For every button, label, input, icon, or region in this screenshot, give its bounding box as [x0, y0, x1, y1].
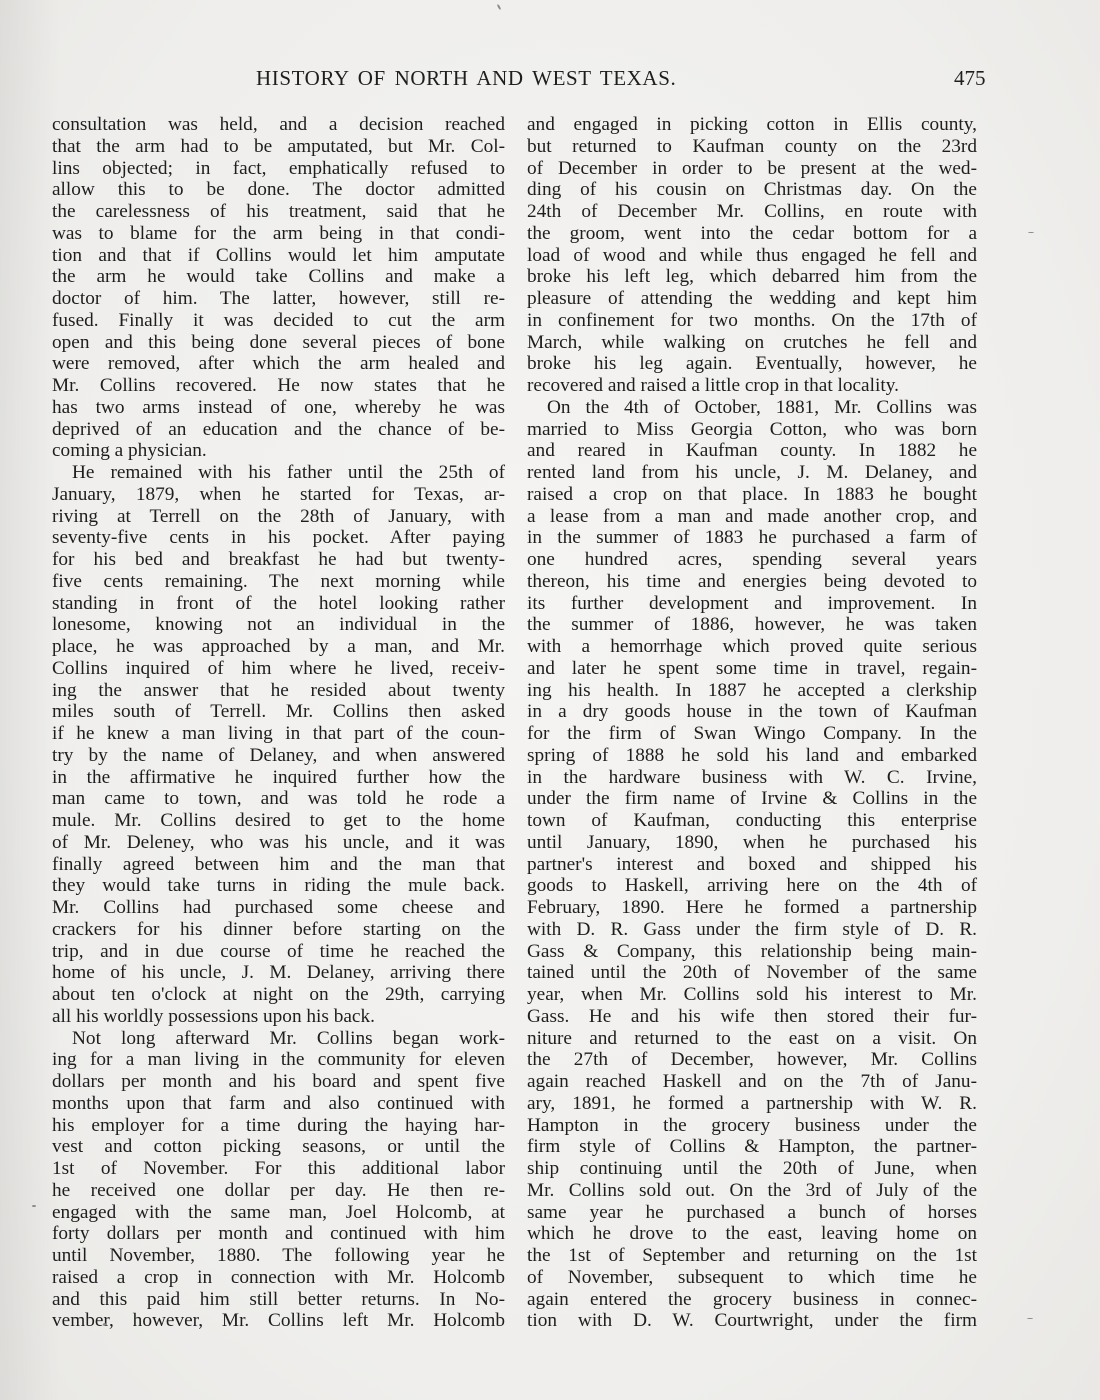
- text-line-content: for the firm of Swan Wingo Company. In t…: [527, 723, 977, 745]
- text-line: under the firm name of Irvine & Collins …: [527, 788, 977, 810]
- text-line-content: lins objected; in fact, emphatically ref…: [52, 158, 505, 180]
- text-line-content: engaged with the same man, Joel Holcomb,…: [52, 1202, 505, 1224]
- text-line-content: were removed, after which the arm healed…: [52, 353, 505, 375]
- text-line-content: in the summer of 1883 he purchased a far…: [527, 527, 977, 549]
- text-line: partner's interest and boxed and shipped…: [527, 854, 977, 876]
- text-line: and later he spent some time in travel, …: [527, 658, 977, 680]
- text-line-content: in a dry goods house in the town of Kauf…: [527, 701, 977, 723]
- text-line: 1st of November. For this additional lab…: [52, 1158, 505, 1180]
- text-line-content: all his worldly possessions upon his bac…: [52, 1006, 505, 1028]
- text-line-content: niture and returned to the east on a vis…: [527, 1028, 977, 1050]
- text-line-content: and reared in Kaufman county. In 1882 he: [527, 440, 977, 462]
- text-line: in confinement for two months. On the 17…: [527, 310, 977, 332]
- text-line-content: the arm he would take Collins and make a: [52, 266, 505, 288]
- text-line: in the summer of 1883 he purchased a far…: [527, 527, 977, 549]
- text-line-content: spring of 1888 he sold his land and emba…: [527, 745, 977, 767]
- text-line-content: load of wood and while thus engaged he f…: [527, 245, 977, 267]
- text-line-content: until November, 1880. The following year…: [52, 1245, 505, 1267]
- text-line-content: vember, however, Mr. Collins left Mr. Ho…: [52, 1310, 505, 1332]
- text-line: He remained with his father until the 25…: [52, 462, 505, 484]
- text-line: Hampton in the grocery business under th…: [527, 1115, 977, 1137]
- text-line-content: town of Kaufman, conducting this enterpr…: [527, 810, 977, 832]
- right-column: and engaged in picking cotton in Ellis c…: [527, 114, 977, 1332]
- text-line: ary, 1891, he formed a partnership with …: [527, 1093, 977, 1115]
- text-line-content: about ten o'clock at night on the 29th, …: [52, 984, 505, 1006]
- text-line: raised a crop in connection with Mr. Hol…: [52, 1267, 505, 1289]
- text-line: again entered the grocery business in co…: [527, 1289, 977, 1311]
- text-line: recovered and raised a little crop in th…: [527, 375, 977, 397]
- text-line-content: was to blame for the arm being in that c…: [52, 223, 505, 245]
- text-line: of November, subsequent to which time he: [527, 1267, 977, 1289]
- text-line: March, while walking on crutches he fell…: [527, 332, 977, 354]
- text-line: January, 1879, when he started for Texas…: [52, 484, 505, 506]
- text-line: again reached Haskell and on the 7th of …: [527, 1071, 977, 1093]
- text-line-content: in confinement for two months. On the 17…: [527, 310, 977, 332]
- text-line-content: married to Miss Georgia Cotton, who was …: [527, 419, 977, 441]
- text-line-content: tained until the 20th of November of the…: [527, 962, 977, 984]
- text-line: vember, however, Mr. Collins left Mr. Ho…: [52, 1310, 505, 1332]
- text-line-content: thereon, his time and energies being dev…: [527, 571, 977, 593]
- text-line: lonesome, knowing not an individual in t…: [52, 614, 505, 636]
- text-line: tion and that if Collins would let him a…: [52, 245, 505, 267]
- scan-speck: [1027, 1318, 1033, 1319]
- text-line-content: try by the name of Delaney, and when ans…: [52, 745, 505, 767]
- text-line: fused. Finally it was decided to cut the…: [52, 310, 505, 332]
- text-line-content: Mr. Collins sold out. On the 3rd of July…: [527, 1180, 977, 1202]
- text-line: doctor of him. The latter, however, stil…: [52, 288, 505, 310]
- text-line: standing in front of the hotel looking r…: [52, 593, 505, 615]
- text-line-content: place, he was approached by a man, and M…: [52, 636, 505, 658]
- text-line-content: with D. R. Gass under the firm style of …: [527, 919, 977, 941]
- text-line: that the arm had to be amputated, but Mr…: [52, 136, 505, 158]
- text-line: ding of his cousin on Christmas day. On …: [527, 179, 977, 201]
- text-line: about ten o'clock at night on the 29th, …: [52, 984, 505, 1006]
- text-line: until November, 1880. The following year…: [52, 1245, 505, 1267]
- page-number: 475: [954, 66, 986, 91]
- text-line: one hundred acres, spending several year…: [527, 549, 977, 571]
- text-line-content: in the affirmative he inquired further h…: [52, 767, 505, 789]
- text-line: ing his health. In 1887 he accepted a cl…: [527, 680, 977, 702]
- text-line-content: riving at Terrell on the 28th of January…: [52, 506, 505, 528]
- text-line: until January, 1890, when he purchased h…: [527, 832, 977, 854]
- scan-speck: [497, 4, 502, 10]
- text-line: Gass & Company, this relationship being …: [527, 941, 977, 963]
- text-line-content: Collins inquired of him where he lived, …: [52, 658, 505, 680]
- text-line-content: its further development and improvement.…: [527, 593, 977, 615]
- text-line: town of Kaufman, conducting this enterpr…: [527, 810, 977, 832]
- text-line-content: of Mr. Deleney, who was his uncle, and i…: [52, 832, 505, 854]
- text-line-content: five cents remaining. The next morning w…: [52, 571, 505, 593]
- text-line-content: the 27th of December, however, Mr. Colli…: [527, 1049, 977, 1071]
- text-line-content: mule. Mr. Collins desired to get to the …: [52, 810, 505, 832]
- text-line-content: the groom, went into the cedar bottom fo…: [527, 223, 977, 245]
- text-line: tion with D. W. Courtwright, under the f…: [527, 1310, 977, 1332]
- text-line-content: the 1st of September and returning on th…: [527, 1245, 977, 1267]
- text-line-content: forty dollars per month and continued wi…: [52, 1223, 505, 1245]
- text-line-content: lonesome, knowing not an individual in t…: [52, 614, 505, 636]
- text-line-content: Gass & Company, this relationship being …: [527, 941, 977, 963]
- text-line: five cents remaining. The next morning w…: [52, 571, 505, 593]
- text-line-content: dollars per month and his board and spen…: [52, 1071, 505, 1093]
- text-line-content: broke his left leg, which debarred him f…: [527, 266, 977, 288]
- text-line: ing the answer that he resided about twe…: [52, 680, 505, 702]
- text-line-content: has two arms instead of one, whereby he …: [52, 397, 505, 419]
- text-line-content: vest and cotton picking seasons, or unti…: [52, 1136, 505, 1158]
- text-line: months upon that farm and also continued…: [52, 1093, 505, 1115]
- text-line-content: 1st of November. For this additional lab…: [52, 1158, 505, 1180]
- text-line: spring of 1888 he sold his land and emba…: [527, 745, 977, 767]
- text-line-content: until January, 1890, when he purchased h…: [527, 832, 977, 854]
- text-line-content: he received one dollar per day. He then …: [52, 1180, 505, 1202]
- text-line: they would take turns in riding the mule…: [52, 875, 505, 897]
- text-line: he received one dollar per day. He then …: [52, 1180, 505, 1202]
- text-line: broke his left leg, which debarred him f…: [527, 266, 977, 288]
- text-line: with a hemorrhage which proved quite ser…: [527, 636, 977, 658]
- text-line-content: which he drove to the east, leaving home…: [527, 1223, 977, 1245]
- text-line-content: they would take turns in riding the mule…: [52, 875, 505, 897]
- text-line-content: ing his health. In 1887 he accepted a cl…: [527, 680, 977, 702]
- text-line-content: recovered and raised a little crop in th…: [527, 375, 977, 397]
- text-line: deprived of an education and the chance …: [52, 419, 505, 441]
- text-line: but returned to Kaufman county on the 23…: [527, 136, 977, 158]
- text-line-content: and later he spent some time in travel, …: [527, 658, 977, 680]
- text-line-content: fused. Finally it was decided to cut the…: [52, 310, 505, 332]
- text-line-content: his employer for a time during the hayin…: [52, 1115, 505, 1137]
- text-line: forty dollars per month and continued wi…: [52, 1223, 505, 1245]
- text-line-content: January, 1879, when he started for Texas…: [52, 484, 505, 506]
- text-line: allow this to be done. The doctor admitt…: [52, 179, 505, 201]
- scan-speck: [1028, 232, 1034, 233]
- text-line: his employer for a time during the hayin…: [52, 1115, 505, 1137]
- text-line-content: broke his leg again. Eventually, however…: [527, 353, 977, 375]
- text-line-content: that the arm had to be amputated, but Mr…: [52, 136, 505, 158]
- text-line: February, 1890. Here he formed a partner…: [527, 897, 977, 919]
- text-line: rented land from his uncle, J. M. Delane…: [527, 462, 977, 484]
- text-line-content: miles south of Terrell. Mr. Collins then…: [52, 701, 505, 723]
- text-line: finally agreed between him and the man t…: [52, 854, 505, 876]
- text-line: its further development and improvement.…: [527, 593, 977, 615]
- text-line: the summer of 1886, however, he was take…: [527, 614, 977, 636]
- text-line: Mr. Collins recovered. He now states tha…: [52, 375, 505, 397]
- text-line: has two arms instead of one, whereby he …: [52, 397, 505, 419]
- text-line: all his worldly possessions upon his bac…: [52, 1006, 505, 1028]
- text-line: of Mr. Deleney, who was his uncle, and i…: [52, 832, 505, 854]
- scan-speck: [32, 1205, 36, 1207]
- text-line: open and this being done several pieces …: [52, 332, 505, 354]
- text-line: the carelessness of his treatment, said …: [52, 201, 505, 223]
- text-line-content: Mr. Collins recovered. He now states tha…: [52, 375, 505, 397]
- text-line: year, when Mr. Collins sold his interest…: [527, 984, 977, 1006]
- text-line: of December in order to be present at th…: [527, 158, 977, 180]
- text-line-content: and this paid him still better returns. …: [52, 1289, 505, 1311]
- running-head: HISTORY OF NORTH AND WEST TEXAS. 475: [0, 66, 1100, 96]
- text-line-content: same year he purchased a bunch of horses: [527, 1202, 977, 1224]
- text-line-content: open and this being done several pieces …: [52, 332, 505, 354]
- text-line: a lease from a man and made another crop…: [527, 506, 977, 528]
- text-line: pleasure of attending the wedding and ke…: [527, 288, 977, 310]
- text-line-content: consultation was held, and a decision re…: [52, 114, 505, 136]
- text-line-content: pleasure of attending the wedding and ke…: [527, 288, 977, 310]
- text-line-content: trip, and in due course of time he reach…: [52, 941, 505, 963]
- book-page: HISTORY OF NORTH AND WEST TEXAS. 475 con…: [0, 0, 1100, 1400]
- text-line-content: firm style of Collins & Hampton, the par…: [527, 1136, 977, 1158]
- text-line: if he knew a man living in that part of …: [52, 723, 505, 745]
- text-line-content: ary, 1891, he formed a partnership with …: [527, 1093, 977, 1115]
- text-line: same year he purchased a bunch of horses: [527, 1202, 977, 1224]
- running-title: HISTORY OF NORTH AND WEST TEXAS.: [256, 66, 676, 91]
- text-line: goods to Haskell, arriving here on the 4…: [527, 875, 977, 897]
- text-line: were removed, after which the arm healed…: [52, 353, 505, 375]
- text-line-content: for his bed and breakfast he had but twe…: [52, 549, 505, 571]
- text-line-content: man came to town, and was told he rode a: [52, 788, 505, 810]
- text-line: the 27th of December, however, Mr. Colli…: [527, 1049, 977, 1071]
- text-line: the 1st of September and returning on th…: [527, 1245, 977, 1267]
- text-line-content: finally agreed between him and the man t…: [52, 854, 505, 876]
- text-line: in a dry goods house in the town of Kauf…: [527, 701, 977, 723]
- text-line: Collins inquired of him where he lived, …: [52, 658, 505, 680]
- text-line: ing for a man living in the community fo…: [52, 1049, 505, 1071]
- text-line: for his bed and breakfast he had but twe…: [52, 549, 505, 571]
- text-line-content: Hampton in the grocery business under th…: [527, 1115, 977, 1137]
- text-line: and reared in Kaufman county. In 1882 he: [527, 440, 977, 462]
- text-line: in the affirmative he inquired further h…: [52, 767, 505, 789]
- text-line-content: one hundred acres, spending several year…: [527, 549, 977, 571]
- text-line: which he drove to the east, leaving home…: [527, 1223, 977, 1245]
- text-line: crackers for his dinner before starting …: [52, 919, 505, 941]
- text-line-content: in the hardware business with W. C. Irvi…: [527, 767, 977, 789]
- text-line-content: rented land from his uncle, J. M. Delane…: [527, 462, 977, 484]
- text-line-content: February, 1890. Here he formed a partner…: [527, 897, 977, 919]
- text-line-content: deprived of an education and the chance …: [52, 419, 505, 441]
- scan-speck: [103, 1323, 106, 1326]
- text-line: ship continuing until the 20th of June, …: [527, 1158, 977, 1180]
- text-line-content: year, when Mr. Collins sold his interest…: [527, 984, 977, 1006]
- text-line: Mr. Collins had purchased some cheese an…: [52, 897, 505, 919]
- text-line: home of his uncle, J. M. Delaney, arrivi…: [52, 962, 505, 984]
- text-line-content: again reached Haskell and on the 7th of …: [527, 1071, 977, 1093]
- text-line: riving at Terrell on the 28th of January…: [52, 506, 505, 528]
- text-line-content: raised a crop in connection with Mr. Hol…: [52, 1267, 505, 1289]
- text-line: engaged with the same man, Joel Holcomb,…: [52, 1202, 505, 1224]
- text-line-content: and engaged in picking cotton in Ellis c…: [527, 114, 977, 136]
- text-line-content: 24th of December Mr. Collins, en route w…: [527, 201, 977, 223]
- text-line-content: March, while walking on crutches he fell…: [527, 332, 977, 354]
- text-line-content: partner's interest and boxed and shipped…: [527, 854, 977, 876]
- text-line: and this paid him still better returns. …: [52, 1289, 505, 1311]
- text-line: for the firm of Swan Wingo Company. In t…: [527, 723, 977, 745]
- text-line-content: of December in order to be present at th…: [527, 158, 977, 180]
- text-line-content: but returned to Kaufman county on the 23…: [527, 136, 977, 158]
- text-line: trip, and in due course of time he reach…: [52, 941, 505, 963]
- text-line-content: with a hemorrhage which proved quite ser…: [527, 636, 977, 658]
- text-line: lins objected; in fact, emphatically ref…: [52, 158, 505, 180]
- left-column: consultation was held, and a decision re…: [52, 114, 505, 1332]
- text-line: and engaged in picking cotton in Ellis c…: [527, 114, 977, 136]
- text-line: load of wood and while thus engaged he f…: [527, 245, 977, 267]
- page-edge-shadow: [0, 0, 60, 1400]
- text-line: raised a crop on that place. In 1883 he …: [527, 484, 977, 506]
- text-line-content: under the firm name of Irvine & Collins …: [527, 788, 977, 810]
- text-line-content: raised a crop on that place. In 1883 he …: [527, 484, 977, 506]
- text-line-content: On the 4th of October, 1881, Mr. Collins…: [547, 397, 977, 419]
- text-line: coming a physician.: [52, 440, 505, 462]
- text-line-content: ing for a man living in the community fo…: [52, 1049, 505, 1071]
- text-line: thereon, his time and energies being dev…: [527, 571, 977, 593]
- text-line-content: doctor of him. The latter, however, stil…: [52, 288, 505, 310]
- text-line: On the 4th of October, 1881, Mr. Collins…: [527, 397, 977, 419]
- text-line-content: tion with D. W. Courtwright, under the f…: [527, 1310, 977, 1332]
- text-line: seventy-five cents in his pocket. After …: [52, 527, 505, 549]
- text-line: 24th of December Mr. Collins, en route w…: [527, 201, 977, 223]
- text-line: dollars per month and his board and spen…: [52, 1071, 505, 1093]
- text-line-content: months upon that farm and also continued…: [52, 1093, 505, 1115]
- text-line: the arm he would take Collins and make a: [52, 266, 505, 288]
- text-line: in the hardware business with W. C. Irvi…: [527, 767, 977, 789]
- text-line-content: tion and that if Collins would let him a…: [52, 245, 505, 267]
- text-line: man came to town, and was told he rode a: [52, 788, 505, 810]
- text-line: broke his leg again. Eventually, however…: [527, 353, 977, 375]
- text-line: the groom, went into the cedar bottom fo…: [527, 223, 977, 245]
- text-line-content: allow this to be done. The doctor admitt…: [52, 179, 505, 201]
- text-line-content: of November, subsequent to which time he: [527, 1267, 977, 1289]
- text-line: Gass. He and his wife then stored their …: [527, 1006, 977, 1028]
- text-line: miles south of Terrell. Mr. Collins then…: [52, 701, 505, 723]
- text-line-content: again entered the grocery business in co…: [527, 1289, 977, 1311]
- text-line-content: Mr. Collins had purchased some cheese an…: [52, 897, 505, 919]
- text-line-content: He remained with his father until the 25…: [72, 462, 505, 484]
- text-line: firm style of Collins & Hampton, the par…: [527, 1136, 977, 1158]
- text-line: married to Miss Georgia Cotton, who was …: [527, 419, 977, 441]
- text-line-content: Gass. He and his wife then stored their …: [527, 1006, 977, 1028]
- text-line-content: coming a physician.: [52, 440, 505, 462]
- text-line-content: Not long afterward Mr. Collins began wor…: [72, 1028, 505, 1050]
- text-line: niture and returned to the east on a vis…: [527, 1028, 977, 1050]
- text-line: tained until the 20th of November of the…: [527, 962, 977, 984]
- text-line: Not long afterward Mr. Collins began wor…: [52, 1028, 505, 1050]
- text-line-content: ship continuing until the 20th of June, …: [527, 1158, 977, 1180]
- text-line-content: seventy-five cents in his pocket. After …: [52, 527, 505, 549]
- text-line-content: a lease from a man and made another crop…: [527, 506, 977, 528]
- text-line-content: ding of his cousin on Christmas day. On …: [527, 179, 977, 201]
- text-line-content: ing the answer that he resided about twe…: [52, 680, 505, 702]
- text-line-content: the carelessness of his treatment, said …: [52, 201, 505, 223]
- text-line: consultation was held, and a decision re…: [52, 114, 505, 136]
- text-line: vest and cotton picking seasons, or unti…: [52, 1136, 505, 1158]
- text-line-content: standing in front of the hotel looking r…: [52, 593, 505, 615]
- text-line: was to blame for the arm being in that c…: [52, 223, 505, 245]
- text-line: with D. R. Gass under the firm style of …: [527, 919, 977, 941]
- text-line-content: goods to Haskell, arriving here on the 4…: [527, 875, 977, 897]
- text-line: place, he was approached by a man, and M…: [52, 636, 505, 658]
- text-line-content: home of his uncle, J. M. Delaney, arrivi…: [52, 962, 505, 984]
- text-line-content: if he knew a man living in that part of …: [52, 723, 505, 745]
- text-line: Mr. Collins sold out. On the 3rd of July…: [527, 1180, 977, 1202]
- text-line: mule. Mr. Collins desired to get to the …: [52, 810, 505, 832]
- text-line-content: the summer of 1886, however, he was take…: [527, 614, 977, 636]
- text-line-content: crackers for his dinner before starting …: [52, 919, 505, 941]
- text-line: try by the name of Delaney, and when ans…: [52, 745, 505, 767]
